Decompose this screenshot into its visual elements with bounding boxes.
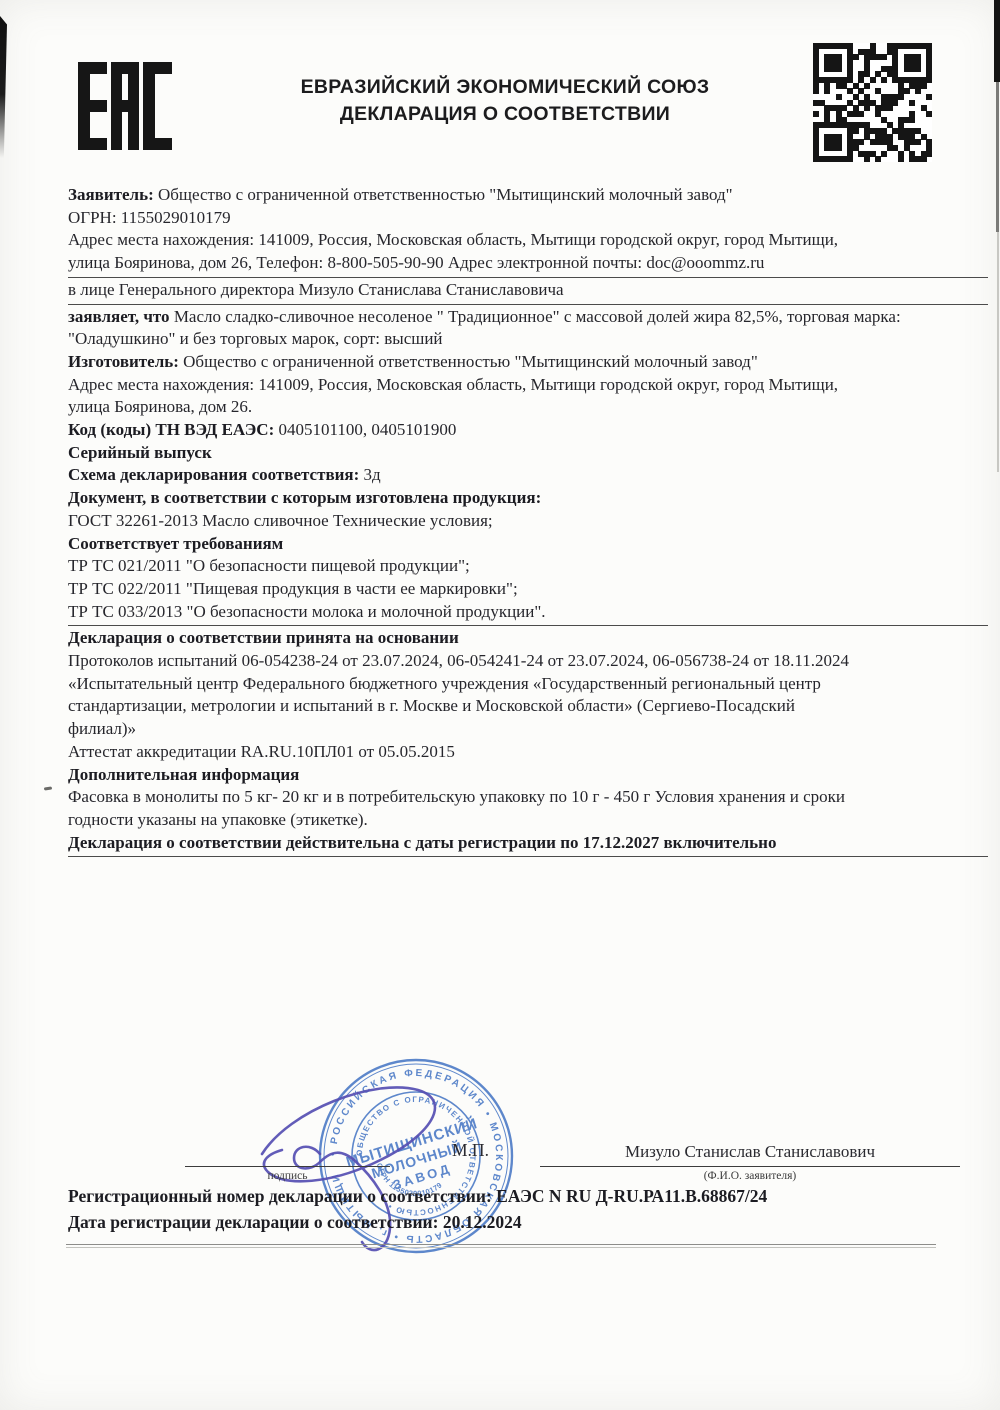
- manufacturer-label: Изготовитель:: [68, 352, 179, 371]
- additional-label: Дополнительная информация: [68, 765, 299, 784]
- scan-speck: [44, 786, 52, 790]
- validity-label: Декларация о соответствии действительна …: [68, 833, 776, 852]
- additional-info-text: Фасовка в монолиты по 5 кг- 20 кг и в по…: [68, 786, 988, 831]
- scan-edge-artifact-right: [997, 232, 999, 472]
- protocols-line: Протоколов испытаний 06-054238-24 от 23.…: [68, 650, 988, 673]
- declares-value: Масло сладко-сливочное несоленое " Тради…: [68, 307, 901, 349]
- registration-date-label: Дата регистрации декларации о соответств…: [68, 1212, 438, 1232]
- tr-022-line: ТР ТС 022/2011 "Пищевая продукция в част…: [68, 578, 988, 601]
- declaration-body: Заявитель: Общество с ограниченной ответ…: [68, 184, 988, 858]
- scan-edge-artifact-left: [0, 16, 7, 158]
- basis-line: Декларация о соответствии принята на осн…: [68, 627, 988, 650]
- complies-label: Соответствует требованиям: [68, 534, 283, 553]
- accreditation-line: Аттестат аккредитации RA.RU.10ПЛ01 от 05…: [68, 741, 988, 764]
- applicant-name: Мизуло Станислав Станиславович: [540, 1142, 960, 1162]
- title-union: ЕВРАЗИЙСКИЙ ЭКОНОМИЧЕСКИЙ СОЮЗ: [230, 74, 780, 101]
- validity-line: Декларация о соответствии действительна …: [68, 832, 988, 858]
- applicant-line: Заявитель: Общество с ограниченной ответ…: [68, 184, 988, 207]
- manufacturer-value: Общество с ограниченной ответственностью…: [179, 352, 758, 371]
- manufacturer-line: Изготовитель: Общество с ограниченной от…: [68, 351, 988, 374]
- registration-number-line: Регистрационный номер декларации о соотв…: [68, 1186, 988, 1207]
- gost-line: ГОСТ 32261-2013 Масло сливочное Техничес…: [68, 510, 988, 533]
- product-doc-line: Документ, в соответствии с которым изгот…: [68, 487, 988, 510]
- applicant-address: Адрес места нахождения: 141009, Россия, …: [68, 229, 988, 277]
- name-line: [540, 1166, 960, 1167]
- product-doc-label: Документ, в соответствии с которым изгот…: [68, 488, 541, 507]
- scheme-value: 3д: [359, 465, 380, 484]
- scan-edge-artifact-right: [996, 82, 999, 232]
- tnved-line: Код (коды) ТН ВЭД ЕАЭС: 0405101100, 0405…: [68, 419, 988, 442]
- ogrn-line: ОГРН: 1155029010179: [68, 207, 988, 230]
- scan-edge-artifact-right: [994, 0, 1000, 82]
- tr-021-line: ТР ТС 021/2011 "О безопасности пищевой п…: [68, 555, 988, 578]
- serial-line: Серийный выпуск: [68, 442, 988, 465]
- applicant-value: Общество с ограниченной ответственностью…: [154, 185, 733, 204]
- scheme-label: Схема декларирования соответствия:: [68, 465, 359, 484]
- signature-caption: подпись: [185, 1170, 390, 1182]
- bottom-rule: [66, 1244, 936, 1248]
- test-center-lines: «Испытательный центр Федерального бюджет…: [68, 673, 988, 741]
- complies-line: Соответствует требованиям: [68, 533, 988, 556]
- declaration-document: ЕВРАЗИЙСКИЙ ЭКОНОМИЧЕСКИЙ СОЮЗ ДЕКЛАРАЦИ…: [0, 0, 1000, 1410]
- additional-info-label: Дополнительная информация: [68, 764, 988, 787]
- title-declaration: ДЕКЛАРАЦИЯ О СООТВЕТСТВИИ: [230, 101, 780, 128]
- scheme-line: Схема декларирования соответствия: 3д: [68, 464, 988, 487]
- tnved-label: Код (коды) ТН ВЭД ЕАЭС:: [68, 420, 274, 439]
- basis-label: Декларация о соответствии принята на осн…: [68, 628, 459, 647]
- applicant-label: Заявитель:: [68, 185, 154, 204]
- tnved-value: 0405101100, 0405101900: [274, 420, 456, 439]
- eac-logo-icon: [78, 62, 172, 150]
- manufacturer-address: Адрес места нахождения: 141009, Россия, …: [68, 374, 988, 419]
- mp-seal-mark: М.П.: [452, 1140, 489, 1161]
- name-caption: (Ф.И.О. заявителя): [540, 1170, 960, 1182]
- declares-label: заявляет, что: [68, 307, 170, 326]
- qr-code-icon: [813, 43, 932, 162]
- registration-date-value: 20.12.2024: [438, 1212, 521, 1232]
- serial-label: Серийный выпуск: [68, 443, 212, 462]
- registration-number-value: ЕАЭС N RU Д-RU.РА11.В.68867/24: [492, 1186, 767, 1206]
- signature-line: [185, 1166, 390, 1167]
- registration-date-line: Дата регистрации декларации о соответств…: [68, 1212, 988, 1233]
- registration-number-label: Регистрационный номер декларации о соотв…: [68, 1186, 492, 1206]
- director-line: в лице Генерального директора Мизуло Ста…: [68, 279, 988, 305]
- tr-033-line: ТР ТС 033/2013 "О безопасности молока и …: [68, 601, 988, 627]
- document-title: ЕВРАЗИЙСКИЙ ЭКОНОМИЧЕСКИЙ СОЮЗ ДЕКЛАРАЦИ…: [230, 74, 780, 128]
- declares-line: заявляет, что Масло сладко-сливочное нес…: [68, 306, 988, 351]
